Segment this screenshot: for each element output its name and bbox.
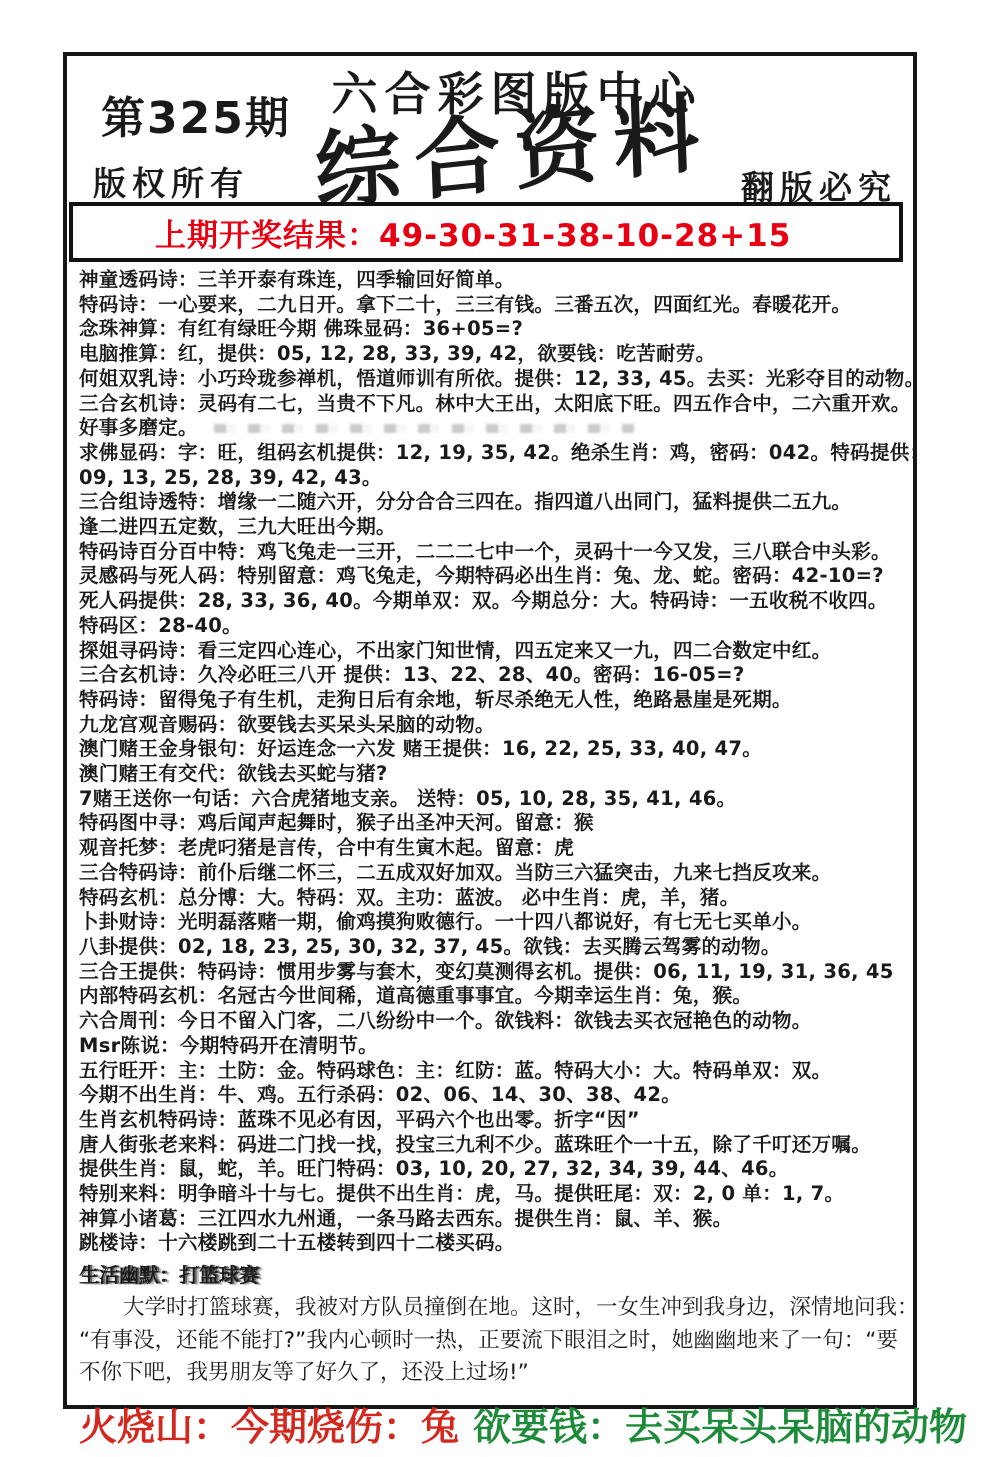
tip-line: 念珠神算：有红有绿旺今期 佛珠显码：36+05=? (79, 317, 907, 342)
tip-line: 三合组诗透特：增缘一二随六开，分分合合三四在。指四道八出同门，猛料提供二五九。 (79, 490, 907, 515)
tip-line: 六合周刊：今日不留入门客，二八纷纷中一个。欲钱料：欲钱去买衣冠艳色的动物。 (79, 1009, 907, 1034)
banner-green-text: 欲要钱：去买呆头呆脑的动物 (473, 1405, 967, 1449)
tip-line: 特码诗：留得兔子有生机，走狗日后有余地，斩尽杀绝无人性，绝路悬崖是死期。 (79, 688, 907, 713)
tips-line-list: 神童透码诗：三羊开泰有珠连，四季输回好简单。特码诗：一心要来，二九日开。拿下二十… (79, 268, 907, 1256)
bottom-banner: 火烧山：今期烧伤：兔欲要钱：去买呆头呆脑的动物 (79, 1396, 907, 1451)
tip-line: 好事多磨定。 (79, 416, 907, 441)
page-frame: 第325期 六合彩图版中心 综合资料 版权所有 翻版必究 上期开奖结果：49-3… (63, 52, 917, 1409)
humor-story-line: 不你下吧，我男朋友等了好久了，还没上过场!” (79, 1357, 907, 1390)
tip-line: 逢二进四五定数，三九大旺出今期。 (79, 515, 907, 540)
tip-line: 死人码提供：28, 33, 36, 40。今期单双：双。今期总分：大。特码诗：一… (79, 589, 907, 614)
tip-line: 澳门赌王有交代：欲钱去买蛇与猪? (79, 762, 907, 787)
last-draw-result-numbers: 49-30-31-38-10-28+15 (379, 218, 791, 254)
last-draw-result-label: 上期开奖结果： (155, 218, 379, 254)
tip-line: 电脑推算：红，提供：05, 12, 28, 33, 39, 42，欲要钱：吃苦耐… (79, 342, 907, 367)
tip-line: 特码玄机：总分博：大。特码：双。主功：蓝波。 必中生肖：虎，羊，猪。 (79, 886, 907, 911)
tip-line: 三合特码诗：前仆后继二怀三，二五成双好加双。当防三六猛突击，九来七挡反攻来。 (79, 861, 907, 886)
banner-red-text: 火烧山：今期烧伤：兔 (79, 1405, 459, 1449)
copyright-left: 版权所有 (93, 158, 249, 205)
humor-section-title: 生活幽默：打篮球赛 (79, 1259, 907, 1288)
tip-line: 特码诗：一心要来，二九日开。拿下二十，三三有钱。三番五次，四面红光。春暖花开。 (79, 293, 907, 318)
tip-line: 今期不出生肖：牛、鸡。五行杀码：02、06、14、30、38、42。 (79, 1083, 907, 1108)
tip-line: 何姐双乳诗：小巧玲珑参禅机，悟道师训有所依。提供：12, 33, 45。去买：光… (79, 367, 907, 392)
tip-line: Msr陈说：今期特码开在清明节。 (79, 1034, 907, 1059)
tip-line: 唐人街张老来料：码进二门找一找，投宝三九利不少。蓝珠旺个一十五，除了千叮还万嘱。 (79, 1133, 907, 1158)
tip-line: 灵感码与死人码：特别留意：鸡飞兔走，今期特码必出生肖：兔、龙、蛇。密码：42-1… (79, 564, 907, 589)
tip-line: 提供生肖：鼠，蛇，羊。旺门特码：03, 10, 20, 27, 32, 34, … (79, 1157, 907, 1182)
tip-line: 神童透码诗：三羊开泰有珠连，四季输回好简单。 (79, 268, 907, 293)
tips-content: 神童透码诗：三羊开泰有珠连，四季输回好简单。特码诗：一心要来，二九日开。拿下二十… (79, 268, 907, 1451)
tip-line: 卜卦财诗：光明磊落赌一期，偷鸡摸狗败德行。一十四八都说好，有七无七买单小。 (79, 910, 907, 935)
tip-line: 内部特码玄机：名冠古今世间稀，道高德重事事宜。今期幸运生肖：兔，猴。 (79, 984, 907, 1009)
tip-line: 神算小诸葛：三江四水九州通，一条马路去西东。提供生肖：鼠、羊、猴。 (79, 1207, 907, 1232)
tip-line: 八卦提供：02, 18, 23, 25, 30, 32, 37, 45。欲钱：去… (79, 935, 907, 960)
tip-line: 跳楼诗：十六楼跳到二十五楼转到四十二楼买码。 (79, 1231, 907, 1256)
tip-line: 09, 13, 25, 28, 39, 42, 43。 (79, 466, 907, 491)
tip-line: 三合王提供：特码诗：惯用步雾与套木，变幻莫测得玄机。提供：06, 11, 19,… (79, 960, 907, 985)
tip-line: 7赌王送你一句话：六合虎猪地支亲。 送特：05, 10, 28, 35, 41,… (79, 787, 907, 812)
tip-line: 求佛显码：字：旺，组码玄机提供：12, 19, 35, 42。绝杀生肖：鸡，密码… (79, 441, 907, 466)
tip-line: 九龙宫观音赐码：欲要钱去买呆头呆脑的动物。 (79, 713, 907, 738)
tip-line: 特码图中寻：鸡后闻声起舞时，猴子出圣冲天河。留意：猴 (79, 811, 907, 836)
humor-story-line: “有事没，还能不能打?”我内心顿时一热，正要流下眼泪之时，她幽幽地来了一句：“要 (79, 1325, 907, 1358)
tip-line: 特码区：28-40。 (79, 614, 907, 639)
tip-line: 三合玄机诗：久冷必旺三八开 提供：13、22、28、40。密码：16-05=? (79, 663, 907, 688)
humor-story: 大学时打篮球赛，我被对方队员撞倒在地。这时，一女生冲到我身边，深情地问我：“有事… (79, 1292, 907, 1390)
tip-line: 观音托梦：老虎叼猪是言传，合中有生寅木起。留意：虎 (79, 836, 907, 861)
tip-line: 澳门赌王金身银句：好运连念一六发 赌王提供：16, 22, 25, 33, 40… (79, 737, 907, 762)
last-draw-result-box: 上期开奖结果：49-30-31-38-10-28+15 (69, 202, 903, 262)
tip-line: 特码诗百分百中特：鸡飞兔走一三开，二二二七中一个，灵码十一今又发，三八联合中头彩… (79, 540, 907, 565)
tip-line: 探姐寻码诗：看三定四心连心，不出家门知世情，四五定来又一九，四二合数定中红。 (79, 639, 907, 664)
tip-line: 五行旺开：主：土防：金。特码球色：主：红防：蓝。特码大小：大。特码单双：双。 (79, 1059, 907, 1084)
tip-line: 特别来料：明争暗斗十与七。提供不出生肖：虎，马。提供旺尾：双：2, 0 单：1,… (79, 1182, 907, 1207)
humor-story-line: 大学时打篮球赛，我被对方队员撞倒在地。这时，一女生冲到我身边，深情地问我： (79, 1292, 907, 1325)
tip-line: 三合玄机诗：灵码有二七，当贵不下凡。林中大王出，太阳底下旺。四五作合中，二六重开… (79, 392, 907, 417)
last-draw-result-text: 上期开奖结果：49-30-31-38-10-28+15 (73, 210, 791, 255)
tip-line: 生肖玄机特码诗：蓝珠不见必有因，平码六个也出零。折字“因” (79, 1108, 907, 1133)
